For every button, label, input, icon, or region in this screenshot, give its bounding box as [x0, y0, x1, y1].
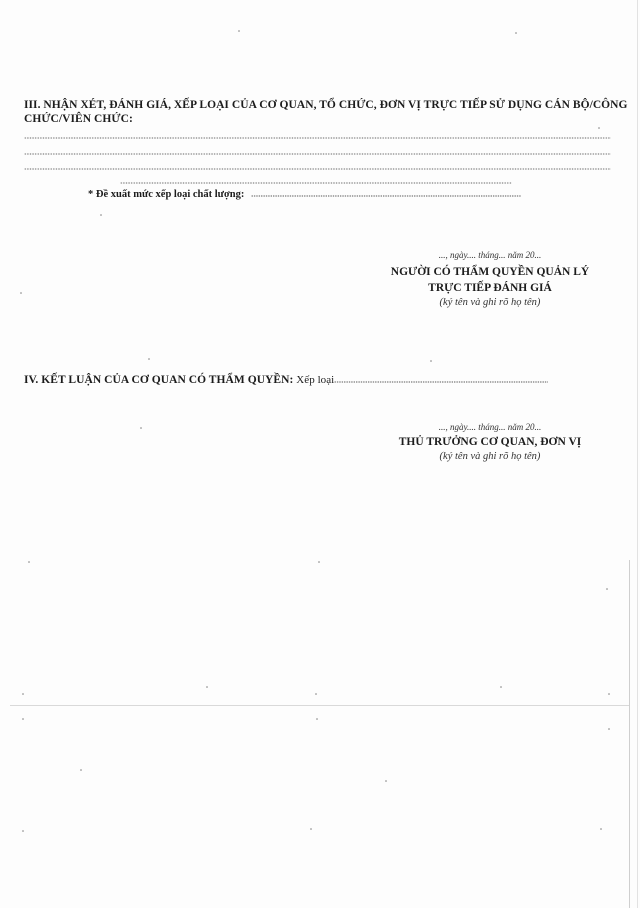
proposal-row: * Đề xuất mức xếp loại chất lượng: [88, 189, 521, 200]
document-page: III. NHẬN XÉT, ĐÁNH GIÁ, XẾP LOẠI CỦA CƠ… [0, 0, 640, 908]
scan-speck [315, 693, 317, 695]
classification-label: Xếp loại [296, 374, 334, 386]
section-4-title: IV. KẾT LUẬN CỦA CƠ QUAN CÓ THẨM QUYỀN: [24, 374, 293, 386]
scan-speck [515, 32, 517, 34]
scan-speck [598, 127, 600, 129]
comment-line-2[interactable] [24, 153, 611, 155]
scan-speck [430, 360, 432, 362]
scan-speck [310, 828, 312, 830]
scan-speck [500, 686, 502, 688]
classification-field[interactable] [334, 381, 548, 383]
scan-speck [22, 693, 24, 695]
scan-speck [606, 588, 608, 590]
scan-speck [385, 780, 387, 782]
signature-block-manager: ..., ngày.... tháng... năm 20... NGƯỜI C… [380, 249, 600, 310]
scan-edge-line [637, 0, 638, 908]
section-3-title-line-1: III. NHẬN XÉT, ĐÁNH GIÁ, XẾP LOẠI CỦA CƠ… [24, 98, 628, 112]
scan-speck [100, 214, 102, 216]
scan-speck [148, 358, 150, 360]
comment-line-1[interactable] [24, 137, 611, 139]
section-4-row: IV. KẾT LUẬN CỦA CƠ QUAN CÓ THẨM QUYỀN: … [24, 373, 548, 387]
signature-2-role-line-1: THỦ TRƯỞNG CƠ QUAN, ĐƠN VỊ [385, 434, 595, 450]
scan-edge-shadow [629, 560, 630, 908]
scan-fold-line [10, 705, 630, 706]
scan-speck [316, 718, 318, 720]
scan-speck [22, 830, 24, 832]
scan-speck [608, 693, 610, 695]
scan-speck [140, 427, 142, 429]
signature-1-role-line-2: TRỰC TIẾP ĐÁNH GIÁ [380, 280, 600, 296]
signature-1-role-line-1: NGƯỜI CÓ THẨM QUYỀN QUẢN LÝ [380, 264, 600, 280]
signature-1-date: ..., ngày.... tháng... năm 20... [380, 249, 600, 262]
proposal-field[interactable] [251, 195, 521, 197]
scan-speck [20, 292, 22, 294]
scan-speck [318, 561, 320, 563]
signature-block-head: ..., ngày.... tháng... năm 20... THỦ TRƯ… [385, 421, 595, 464]
section-3-title-line-2: CHỨC/VIÊN CHỨC: [24, 112, 133, 126]
scan-speck [28, 561, 30, 563]
scan-speck [238, 30, 240, 32]
comment-line-4[interactable] [120, 182, 512, 184]
scan-speck [600, 828, 602, 830]
signature-2-date: ..., ngày.... tháng... năm 20... [385, 421, 595, 434]
scan-speck [80, 769, 82, 771]
scan-speck [608, 728, 610, 730]
scan-speck [22, 718, 24, 720]
comment-line-3[interactable] [24, 168, 611, 170]
proposal-label: * Đề xuất mức xếp loại chất lượng: [88, 189, 244, 200]
signature-2-note: (ký tên và ghi rõ họ tên) [385, 450, 595, 464]
scan-speck [206, 686, 208, 688]
signature-1-note: (ký tên và ghi rõ họ tên) [380, 296, 600, 310]
